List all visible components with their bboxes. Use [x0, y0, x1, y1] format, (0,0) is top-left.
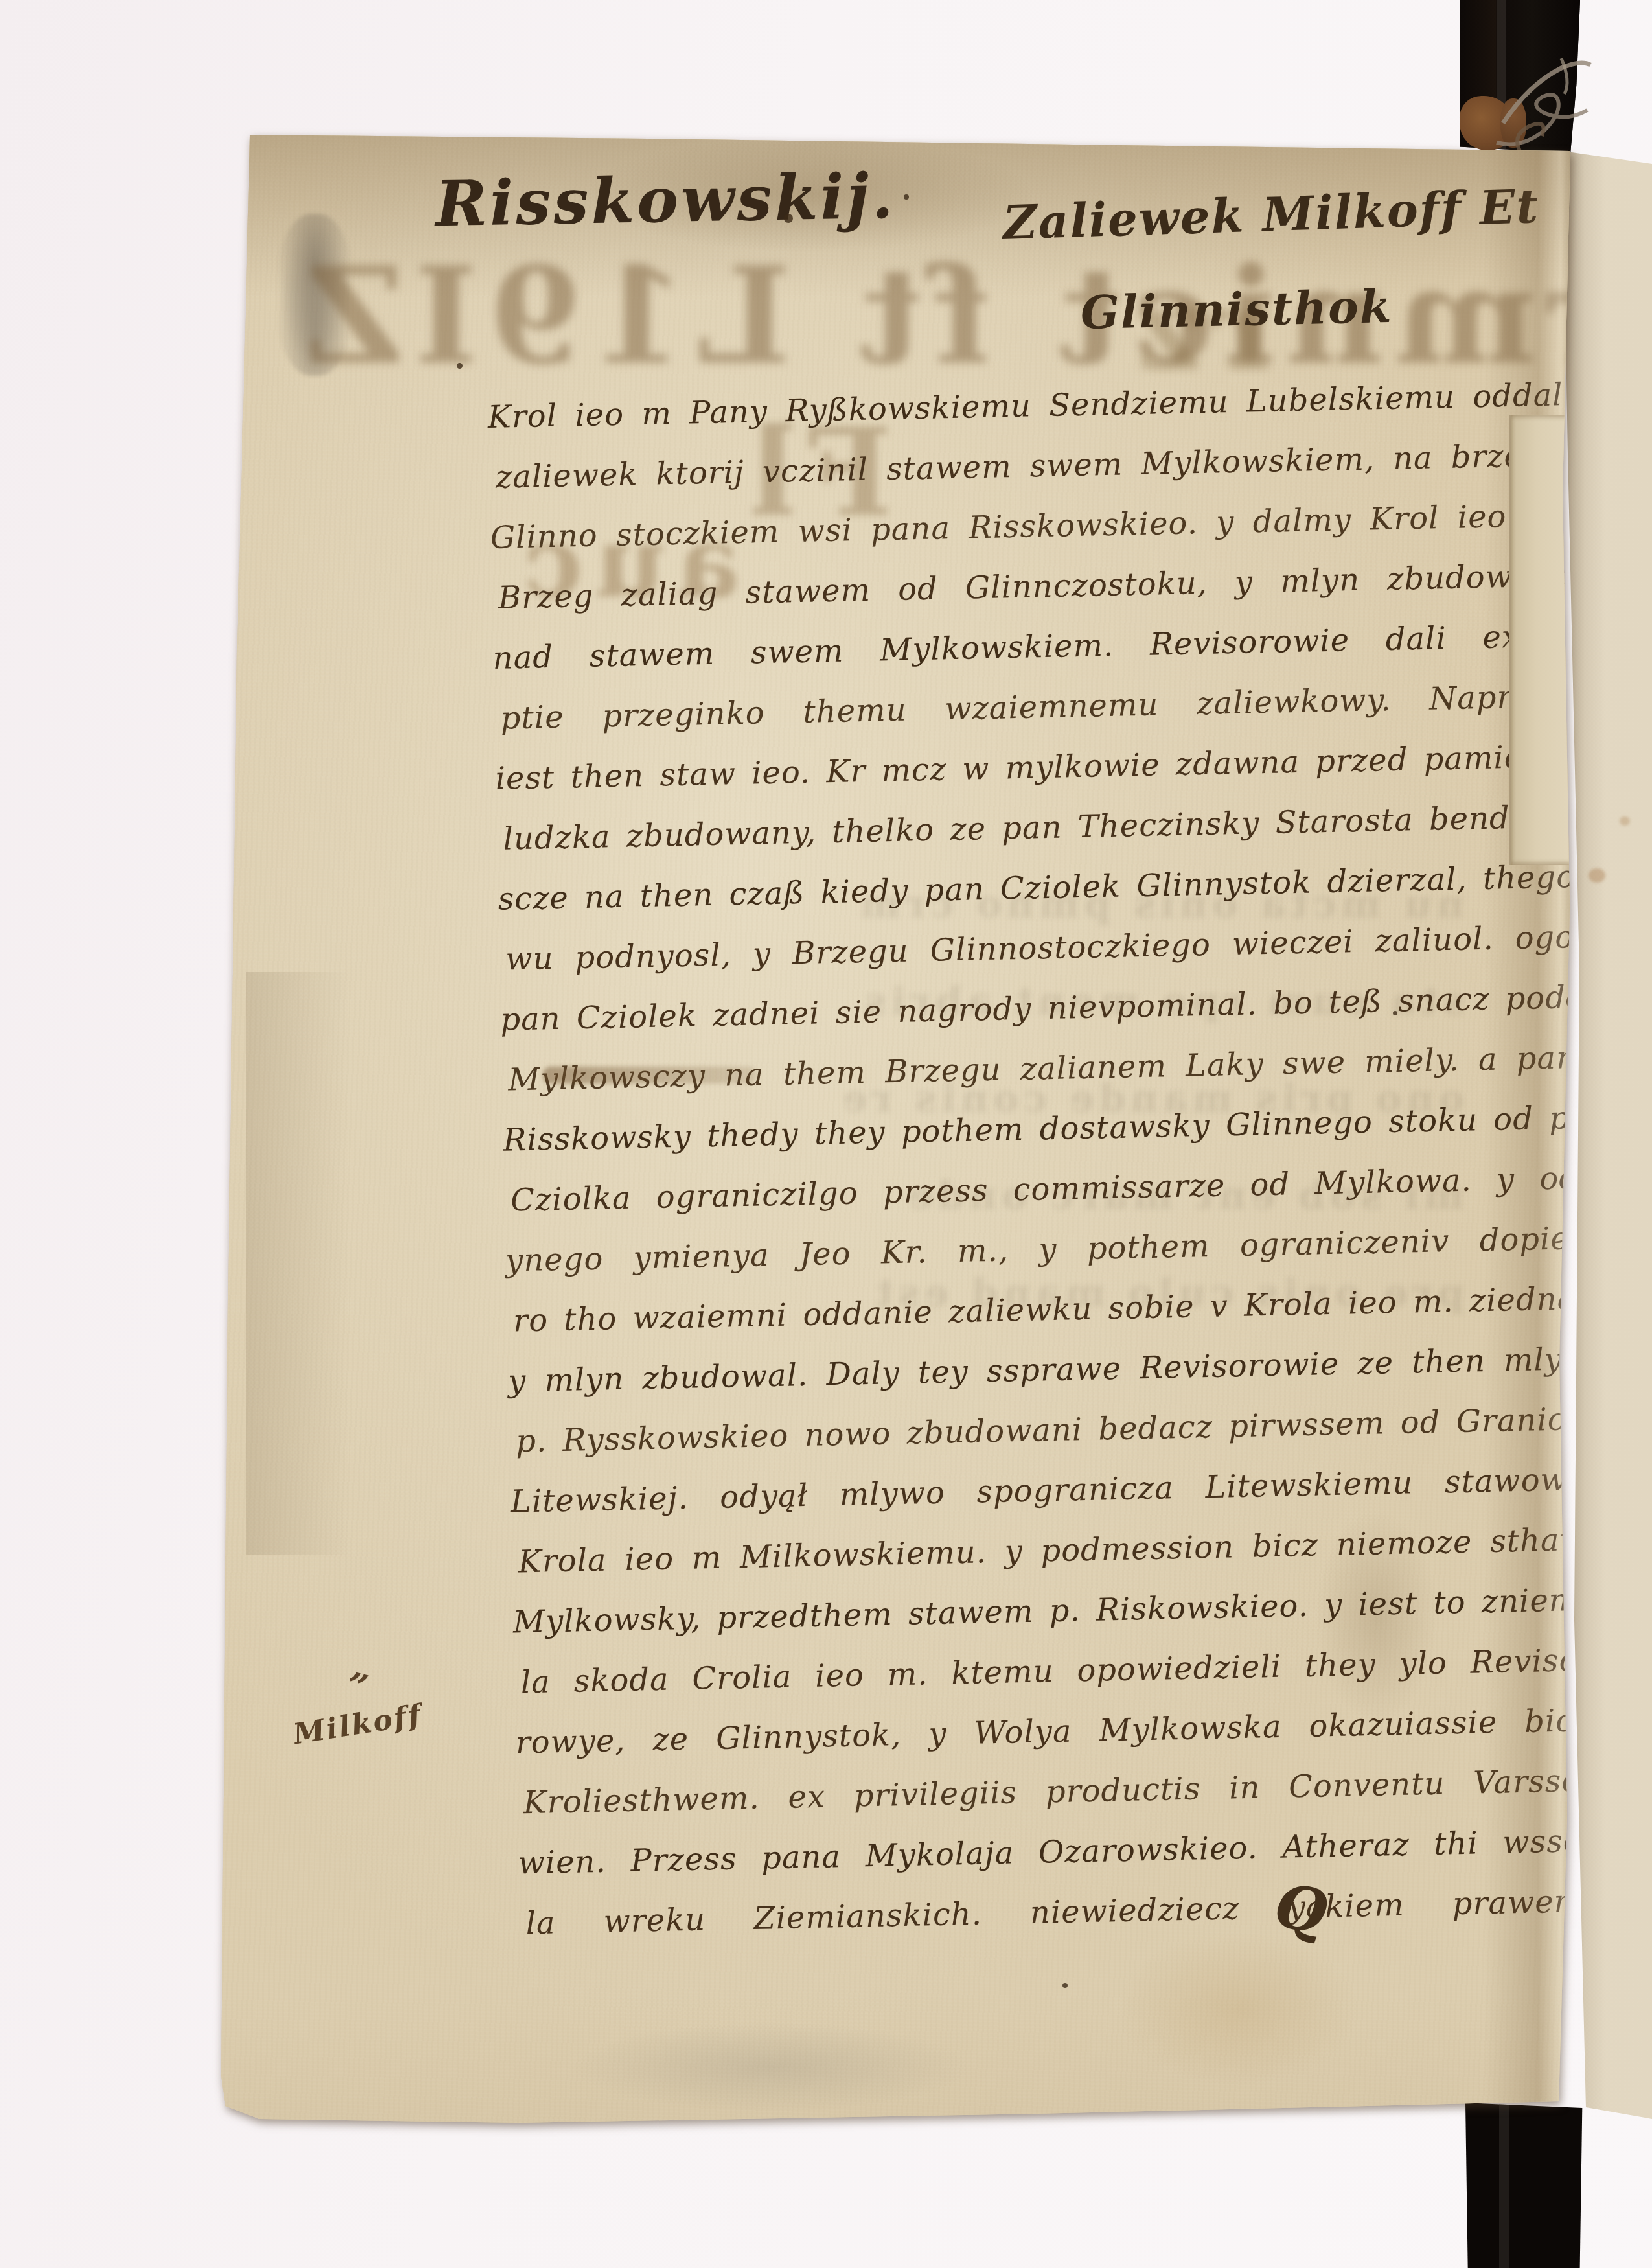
stain-left-edge — [246, 972, 350, 1555]
manuscript-scan: Irmnict ft L19IZ Fl auc rz nu mcta onis … — [0, 0, 1652, 2268]
paper-repair-patch — [1509, 415, 1574, 865]
closing-flourish-mark: Q — [1270, 1871, 1331, 1947]
page-heading-case-line2: Glinnisthok — [1080, 279, 1393, 340]
stain-bottom-gray — [570, 2022, 972, 2112]
manuscript-page-wrap: Irmnict ft L19IZ Fl auc rz nu mcta onis … — [0, 0, 1652, 2268]
manuscript-body-text: Krol ieo m Pany Ryßkowskiemu Sendziemu L… — [487, 365, 1595, 1954]
manuscript-page: Irmnict ft L19IZ Fl auc rz nu mcta onis … — [0, 0, 1652, 2268]
ink-smudge — [543, 1067, 757, 1083]
stain-bottom-amber — [1114, 1931, 1360, 2087]
page-heading-name: Risskowskij. — [435, 159, 897, 240]
